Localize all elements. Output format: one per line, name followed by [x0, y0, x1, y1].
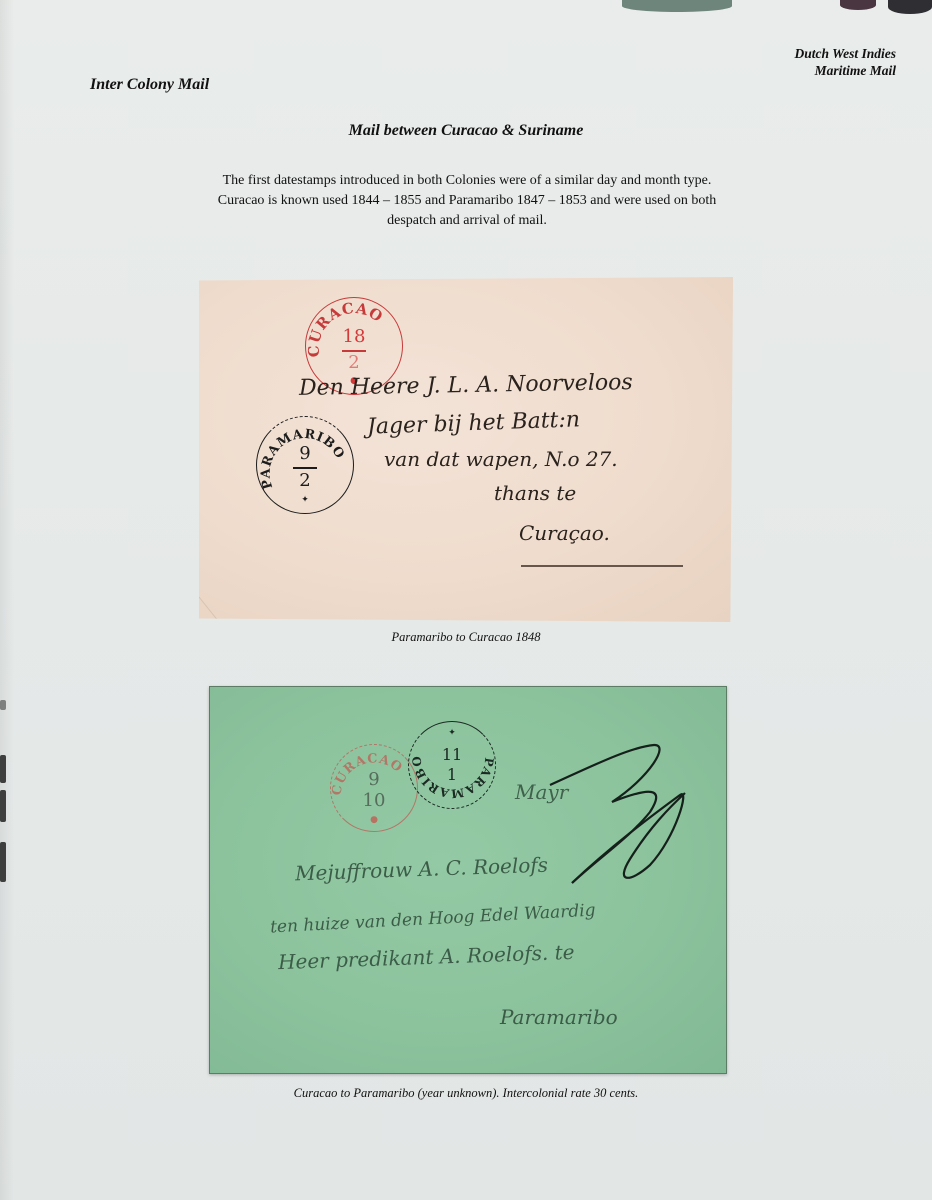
stamp-star: ✦ — [257, 495, 353, 505]
stamp-star: ● — [331, 815, 417, 825]
address-line: Paramaribo — [500, 1005, 618, 1029]
address-line: van dat wapen, N.o 27. — [384, 447, 618, 471]
paramaribo-datestamp: PARAMARIBO 9 2 ✦ — [256, 416, 354, 514]
page-edge-mark — [0, 842, 6, 882]
page-edge-mark — [0, 790, 6, 822]
stamp-month: 1 — [409, 766, 495, 784]
address-line: ten huize van den Hoog Edel Waardig — [270, 900, 596, 937]
address-line: Curaçao. — [519, 521, 610, 545]
section-title: Mail between Curacao & Suriname — [0, 122, 932, 140]
stamp-month: 2 — [306, 354, 402, 372]
address-line: Den Heere J. L. A. Noorveloos — [299, 370, 633, 401]
top-edge-blob — [888, 0, 932, 14]
stamp-star: ✦ — [409, 728, 495, 738]
header-right-title: Dutch West Indies Maritime Mail — [794, 45, 896, 79]
cover-2-caption: Curacao to Paramaribo (year unknown). In… — [0, 1086, 932, 1101]
stamp-day: 9 — [257, 445, 353, 463]
cover-curacao-to-paramaribo: CURACAO 9 10 ● PARAMARIBO ✦ 11 1 Mayr Me… — [209, 686, 727, 1074]
address-line: Heer predikant A. Roelofs. te — [278, 940, 575, 974]
stamp-divider — [293, 467, 318, 469]
stamp-month: 10 — [331, 792, 417, 810]
cover-paramaribo-to-curacao: CURACAO 18 2 ● PARAMARIBO 9 2 ✦ Den Heer… — [199, 277, 733, 622]
page-edge-mark — [0, 755, 6, 783]
cover-1-caption: Paramaribo to Curacao 1848 — [0, 630, 932, 645]
stamp-month: 2 — [257, 472, 353, 490]
header-right-line-1: Dutch West Indies — [794, 45, 896, 62]
address-line: Mejuffrouw A. C. Roelofs — [295, 853, 549, 886]
page-edge-shadow — [0, 0, 14, 1200]
top-edge-blob — [840, 0, 876, 10]
stamp-day: 18 — [306, 328, 402, 346]
address-line: thans te — [494, 481, 576, 505]
rate-prefix: Mayr — [515, 780, 568, 804]
stamp-day: 9 — [331, 771, 417, 789]
address-line: Jager bij het Batt:n — [367, 407, 581, 439]
curacao-datestamp: CURACAO 9 10 ● — [330, 744, 418, 832]
top-edge-blob — [622, 0, 732, 12]
intro-paragraph: The first datestamps introduced in both … — [200, 171, 734, 231]
header-right-line-2: Maritime Mail — [794, 62, 896, 79]
header-left-title: Inter Colony Mail — [90, 76, 209, 94]
stamp-day: 11 — [409, 746, 495, 764]
paramaribo-datestamp: PARAMARIBO ✦ 11 1 — [408, 721, 496, 809]
page-edge-mark — [0, 700, 6, 710]
